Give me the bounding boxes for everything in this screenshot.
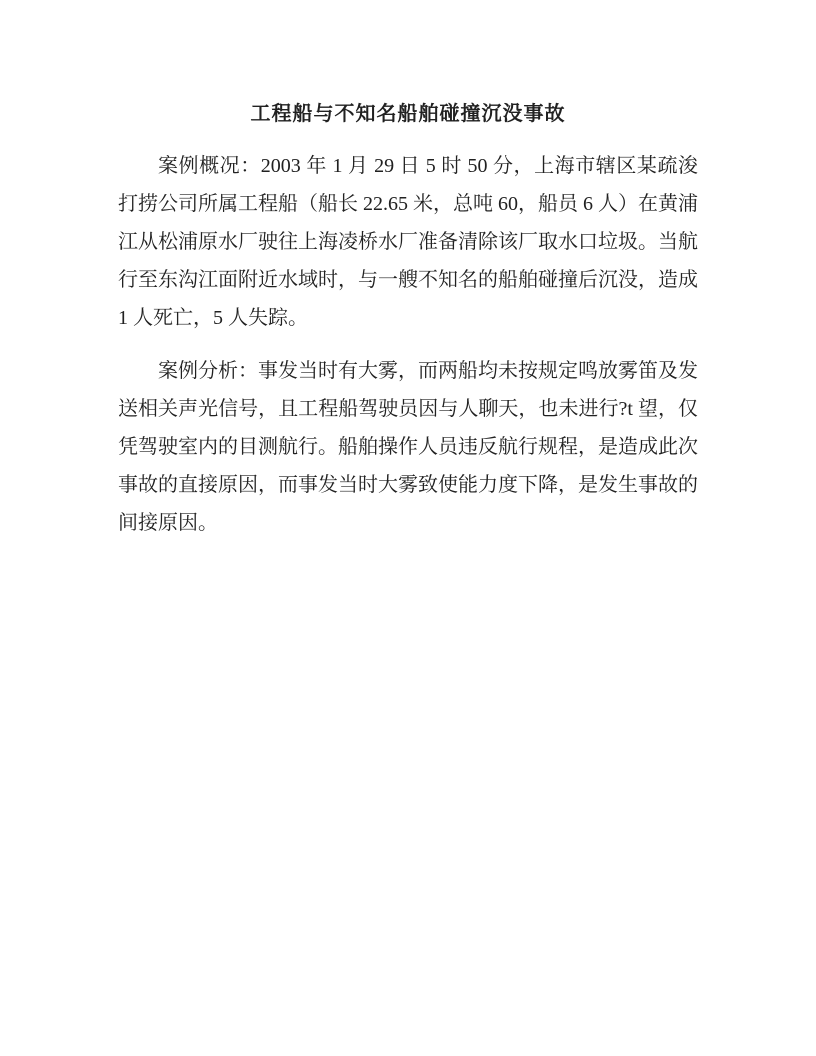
document-content: 工程船与不知名船舶碰撞沉没事故 案例概况：2003 年 1 月 29 日 5 时… (0, 0, 816, 542)
document-page: 工程船与不知名船舶碰撞沉没事故 案例概况：2003 年 1 月 29 日 5 时… (0, 0, 816, 1056)
paragraph-case-analysis: 案例分析：事发当时有大雾，而两船均未按规定鸣放雾笛及发送相关声光信号，且工程船驾… (118, 352, 698, 542)
document-title: 工程船与不知名船舶碰撞沉没事故 (118, 95, 698, 133)
paragraph-case-overview: 案例概况：2003 年 1 月 29 日 5 时 50 分，上海市辖区某疏浚打捞… (118, 147, 698, 337)
